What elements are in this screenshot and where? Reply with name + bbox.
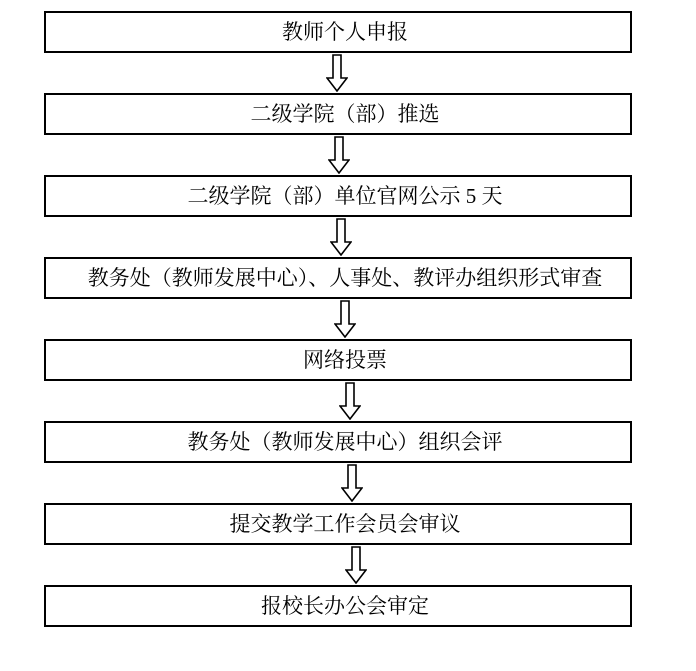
flow-step-label: 教师个人申报	[268, 22, 408, 43]
down-arrow-icon	[326, 54, 348, 92]
flow-step-label: 提交教学工作会员会审议	[216, 514, 461, 535]
down-arrow-icon	[334, 300, 356, 338]
flow-step-label: 教务处（教师发展中心）、人事处、教评办组织形式审查	[74, 268, 603, 289]
down-arrow-icon	[330, 218, 352, 256]
flow-step-label: 教务处（教师发展中心）组织会评	[174, 432, 503, 453]
flow-step-label: 报校长办公会审定	[247, 596, 429, 617]
flow-step-meeting-evaluation: 教务处（教师发展中心）组织会评	[44, 421, 632, 463]
flow-step-label: 二级学院（部）推选	[237, 104, 440, 125]
flow-step-online-voting: 网络投票	[44, 339, 632, 381]
down-arrow-icon	[345, 546, 367, 584]
flow-step-committee-review: 提交教学工作会员会审议	[44, 503, 632, 545]
down-arrow-icon	[339, 382, 361, 420]
flow-step-label: 二级学院（部）单位官网公示 5 天	[174, 186, 503, 207]
flow-step-website-publicity: 二级学院（部）单位官网公示 5 天	[44, 175, 632, 217]
flowchart-canvas: 教师个人申报 二级学院（部）推选 二级学院（部）单位官网公示 5 天 教务处（教…	[0, 0, 696, 671]
down-arrow-icon	[341, 464, 363, 502]
flow-step-college-selection: 二级学院（部）推选	[44, 93, 632, 135]
flow-step-label: 网络投票	[289, 350, 387, 371]
down-arrow-icon	[328, 136, 350, 174]
flow-step-personal-application: 教师个人申报	[44, 11, 632, 53]
flow-step-formal-review: 教务处（教师发展中心）、人事处、教评办组织形式审查	[44, 257, 632, 299]
flow-step-president-approval: 报校长办公会审定	[44, 585, 632, 627]
